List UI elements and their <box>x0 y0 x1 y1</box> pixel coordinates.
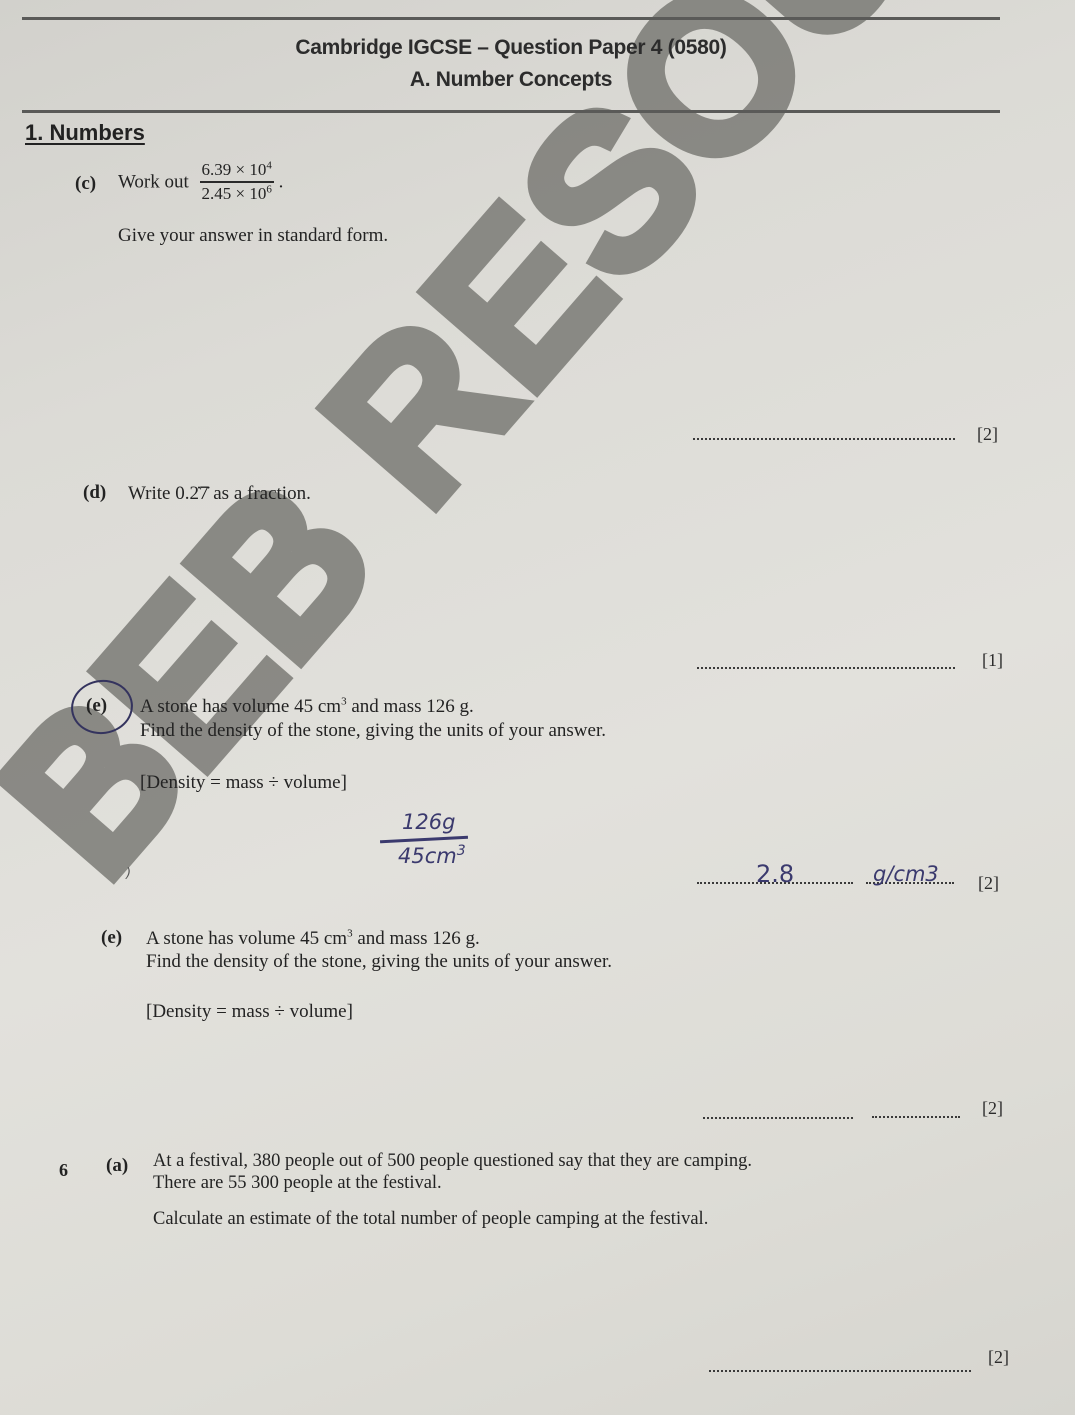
question-e1-marks: [2] <box>978 873 999 894</box>
section-heading: 1. Numbers <box>25 120 145 146</box>
question-6a-marks: [2] <box>988 1347 1009 1368</box>
question-e2-line1: A stone has volume 45 cm3 and mass 126 g… <box>146 927 480 950</box>
fraction-denominator: 2.45 × 106 <box>200 183 274 204</box>
question-6-number: 6 <box>59 1160 68 1181</box>
header-top-rule <box>22 17 1000 20</box>
working-numerator: 126g <box>402 810 455 834</box>
question-e1-formula: [Density = mass ÷ volume] <box>140 771 347 794</box>
question-c-marks: [2] <box>977 424 998 445</box>
question-e1-label: (e) <box>86 695 107 717</box>
question-6a-answer-line[interactable] <box>709 1370 971 1372</box>
question-c-instruction: Give your answer in standard form. <box>118 224 388 247</box>
question-e2-formula: [Density = mass ÷ volume] <box>146 1000 353 1023</box>
question-c-period: . <box>279 172 284 193</box>
working-denominator: 45cm3 <box>398 844 466 868</box>
paper-subtitle: A. Number Concepts <box>0 68 1022 92</box>
question-e2-line2: Find the density of the stone, giving th… <box>146 950 612 973</box>
working-fraction-bar <box>380 836 468 844</box>
question-c-answer-line[interactable] <box>693 438 955 440</box>
question-e1-line1: A stone has volume 45 cm3 and mass 126 g… <box>140 695 474 718</box>
question-6a-line2: There are 55 300 people at the festival. <box>153 1172 442 1195</box>
question-6a-line1: At a festival, 380 people out of 500 peo… <box>153 1150 752 1173</box>
question-d-prompt: Write 0.2̇7̇ as a fraction. <box>128 482 311 505</box>
question-6a-label: (a) <box>106 1155 128 1177</box>
question-e2-answer-line-units[interactable] <box>872 1116 960 1118</box>
header-bottom-rule <box>22 110 1000 113</box>
question-e1-line2: Find the density of the stone, giving th… <box>140 719 606 742</box>
fraction-numerator: 6.39 × 104 <box>200 160 274 183</box>
question-e2-marks: [2] <box>982 1098 1003 1119</box>
question-c-prompt: Work out 6.39 × 104 2.45 × 106 . <box>118 160 283 204</box>
stray-mark: ) <box>126 866 131 881</box>
question-6a-line3: Calculate an estimate of the total numbe… <box>153 1208 708 1231</box>
question-e2-answer-line-value[interactable] <box>703 1117 853 1119</box>
standard-form-fraction: 6.39 × 104 2.45 × 106 <box>200 160 274 204</box>
question-d-label: (d) <box>83 482 106 504</box>
answer-units: g/cm3 <box>873 862 939 886</box>
paper-title: Cambridge IGCSE – Question Paper 4 (0580… <box>0 36 1022 60</box>
question-c-label: (c) <box>75 173 96 195</box>
question-d-answer-line[interactable] <box>697 667 955 669</box>
question-c-work-out: Work out <box>118 172 189 193</box>
recurring-decimal: 0.2̇7̇ <box>175 483 208 504</box>
question-d-marks: [1] <box>982 650 1003 671</box>
question-e2-label: (e) <box>101 927 122 949</box>
answer-value: 2.8 <box>756 860 794 888</box>
